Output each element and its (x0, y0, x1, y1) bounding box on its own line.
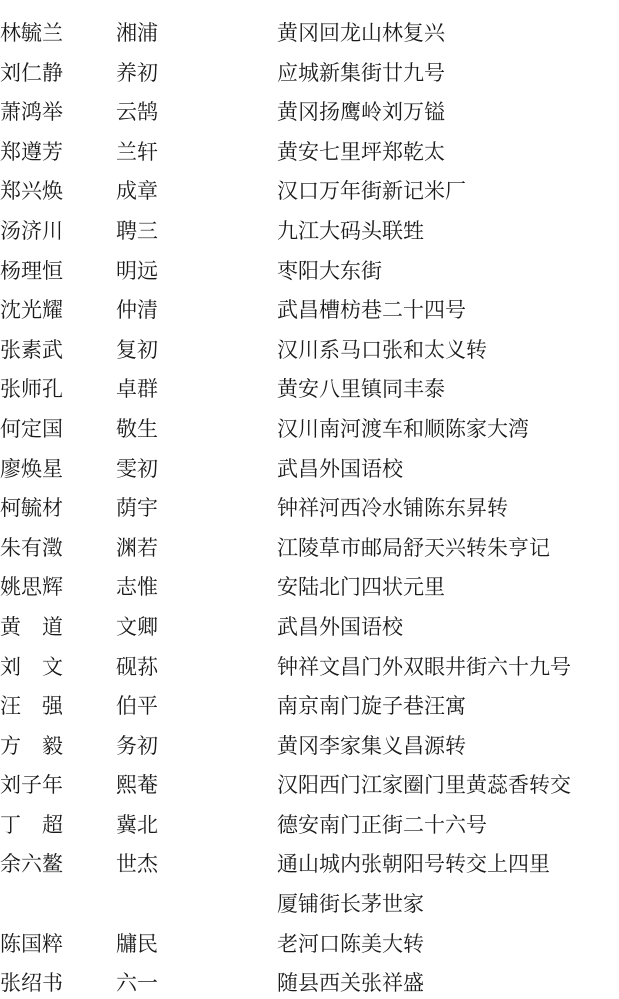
mailing-address: 武昌外国语校 (277, 608, 403, 648)
mailing-address: 钟祥文昌门外双眼井街六十九号 (277, 648, 571, 688)
mailing-address: 应城新集街廿九号 (277, 54, 445, 94)
member-name: 廖焕星 (0, 450, 63, 490)
mailing-address: 汉阳西门江家圈门里黄蕊香转交 (277, 766, 571, 806)
mailing-address: 黄冈扬鹰岭刘万镒 (277, 93, 445, 133)
courtesy-name: 熙菴 (116, 766, 158, 806)
mailing-address: 老河口陈美大转 (277, 925, 424, 965)
mailing-address: 武昌槽枋巷二十四号 (277, 291, 466, 331)
courtesy-name: 明远 (116, 252, 158, 292)
roster-row: 林毓兰 湘浦 黄冈回龙山林复兴 (0, 14, 619, 54)
roster-row: 刘子年 熙菴 汉阳西门江家圈门里黄蕊香转交 (0, 766, 619, 806)
courtesy-name: 聘三 (116, 212, 158, 252)
roster-row: 刘 文 砚荪 钟祥文昌门外双眼井街六十九号 (0, 648, 619, 688)
courtesy-name: 六一 (116, 964, 158, 999)
member-name: 何定国 (0, 410, 63, 450)
mailing-address: 黄安八里镇同丰泰 (277, 370, 445, 410)
member-roster: 林毓兰 湘浦 黄冈回龙山林复兴 刘仁静 养初 应城新集街廿九号 萧鸿举 云鹄 黄… (0, 14, 619, 999)
courtesy-name: 伯平 (116, 687, 158, 727)
member-name: 林毓兰 (0, 14, 63, 54)
mailing-address: 通山城内张朝阳号转交上四里 (277, 845, 550, 885)
roster-row: 张素武 复初 汉川系马口张和太义转 (0, 331, 619, 371)
courtesy-name: 成章 (116, 172, 158, 212)
mailing-address: 汉川南河渡车和顺陈家大湾 (277, 410, 529, 450)
roster-row: 丁 超 冀北 德安南门正街二十六号 (0, 806, 619, 846)
roster-row: 廖焕星 雯初 武昌外国语校 (0, 450, 619, 490)
roster-row: 柯毓材 荫宇 钟祥河西冷水铺陈东昇转 (0, 489, 619, 529)
roster-row: 汪 强 伯平 南京南门旋子巷汪寓 (0, 687, 619, 727)
courtesy-name: 务初 (116, 727, 158, 767)
member-name: 汪 强 (0, 687, 63, 727)
mailing-address: 汉口万年街新记米厂 (277, 172, 466, 212)
courtesy-name: 雯初 (116, 450, 158, 490)
member-name: 汤济川 (0, 212, 63, 252)
member-name: 余六鳌 (0, 845, 63, 885)
member-name: 刘仁静 (0, 54, 63, 94)
roster-row: 张绍书 六一 随县西关张祥盛 (0, 964, 619, 999)
roster-row: 张师孔 卓群 黄安八里镇同丰泰 (0, 370, 619, 410)
roster-row: 郑兴焕 成章 汉口万年街新记米厂 (0, 172, 619, 212)
member-name: 郑遵芳 (0, 133, 63, 173)
courtesy-name: 养初 (116, 54, 158, 94)
roster-row: 杨理恒 明远 枣阳大东街 (0, 252, 619, 292)
mailing-address: 枣阳大东街 (277, 252, 382, 292)
courtesy-name: 兰轩 (116, 133, 158, 173)
mailing-address: 安陆北门四状元里 (277, 568, 445, 608)
courtesy-name: 世杰 (116, 845, 158, 885)
member-name: 丁 超 (0, 806, 63, 846)
member-name: 沈光耀 (0, 291, 63, 331)
roster-row: 萧鸿举 云鹄 黄冈扬鹰岭刘万镒 (0, 93, 619, 133)
courtesy-name: 砚荪 (116, 648, 158, 688)
member-name: 陈国粹 (0, 925, 63, 965)
member-name: 张绍书 (0, 964, 63, 999)
member-name: 黄 道 (0, 608, 63, 648)
mailing-address: 钟祥河西冷水铺陈东昇转 (277, 489, 508, 529)
roster-row: 朱有澂 渊若 江陵草市邮局舒天兴转朱亨记 (0, 529, 619, 569)
roster-row: 余六鳌 世杰 通山城内张朝阳号转交上四里 (0, 845, 619, 885)
member-name: 杨理恒 (0, 252, 63, 292)
roster-row: 姚思辉 志惟 安陆北门四状元里 (0, 568, 619, 608)
mailing-address: 黄安七里坪郑乾太 (277, 133, 445, 173)
courtesy-name: 荫宇 (116, 489, 158, 529)
member-name: 刘子年 (0, 766, 63, 806)
courtesy-name: 文卿 (116, 608, 158, 648)
roster-row: 方 毅 务初 黄冈李家集义昌源转 (0, 727, 619, 767)
courtesy-name: 牗民 (116, 925, 158, 965)
roster-row: 何定国 敬生 汉川南河渡车和顺陈家大湾 (0, 410, 619, 450)
courtesy-name: 仲清 (116, 291, 158, 331)
mailing-address: 德安南门正街二十六号 (277, 806, 487, 846)
member-name: 刘 文 (0, 648, 63, 688)
roster-row: 汤济川 聘三 九江大码头联甡 (0, 212, 619, 252)
member-name: 萧鸿举 (0, 93, 63, 133)
mailing-address: 厦铺街长茅世家 (277, 885, 424, 925)
courtesy-name: 卓群 (116, 370, 158, 410)
courtesy-name: 渊若 (116, 529, 158, 569)
courtesy-name: 敬生 (116, 410, 158, 450)
roster-row: 陈国粹 牗民 老河口陈美大转 (0, 925, 619, 965)
mailing-address: 南京南门旋子巷汪寓 (277, 687, 466, 727)
mailing-address: 黄冈回龙山林复兴 (277, 14, 445, 54)
member-name: 张师孔 (0, 370, 63, 410)
mailing-address: 江陵草市邮局舒天兴转朱亨记 (277, 529, 550, 569)
roster-row-continuation: 厦铺街长茅世家 (0, 885, 619, 925)
mailing-address: 黄冈李家集义昌源转 (277, 727, 466, 767)
mailing-address: 武昌外国语校 (277, 450, 403, 490)
courtesy-name: 湘浦 (116, 14, 158, 54)
courtesy-name: 复初 (116, 331, 158, 371)
mailing-address: 九江大码头联甡 (277, 212, 424, 252)
courtesy-name: 冀北 (116, 806, 158, 846)
mailing-address: 随县西关张祥盛 (277, 964, 424, 999)
member-name: 柯毓材 (0, 489, 63, 529)
member-name: 方 毅 (0, 727, 63, 767)
member-name: 朱有澂 (0, 529, 63, 569)
roster-row: 沈光耀 仲清 武昌槽枋巷二十四号 (0, 291, 619, 331)
roster-row: 刘仁静 养初 应城新集街廿九号 (0, 54, 619, 94)
roster-row: 黄 道 文卿 武昌外国语校 (0, 608, 619, 648)
member-name: 姚思辉 (0, 568, 63, 608)
member-name: 张素武 (0, 331, 63, 371)
mailing-address: 汉川系马口张和太义转 (277, 331, 487, 371)
member-name: 郑兴焕 (0, 172, 63, 212)
courtesy-name: 云鹄 (116, 93, 158, 133)
courtesy-name: 志惟 (116, 568, 158, 608)
roster-row: 郑遵芳 兰轩 黄安七里坪郑乾太 (0, 133, 619, 173)
